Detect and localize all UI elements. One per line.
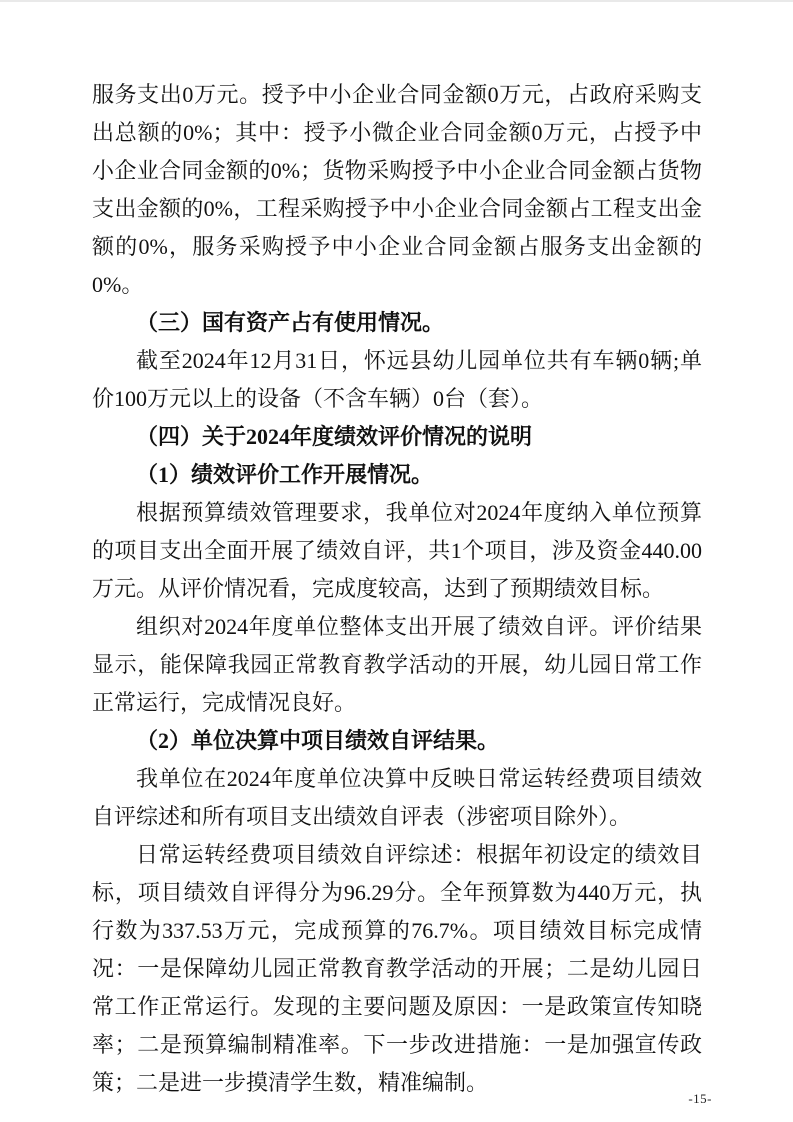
paragraph-self-evaluation-scope: 我单位在2024年度单位决算中反映日常运转经费项目绩效自评综述和所有项目支出绩效… <box>92 760 702 836</box>
paragraph-assets-summary: 截至2024年12月31日，怀远县幼儿园单位共有车辆0辆;单价100万元以上的设… <box>92 342 702 418</box>
heading-performance-evaluation-2024: （四）关于2024年度绩效评价情况的说明 <box>92 418 702 456</box>
heading-evaluation-work-status: （1）绩效评价工作开展情况。 <box>92 456 702 494</box>
paragraph-overall-expenditure-evaluation: 组织对2024年度单位整体支出开展了绩效自评。评价结果显示，能保障我园正常教育教… <box>92 608 702 722</box>
page-edge-divider <box>0 0 793 2</box>
page-number: -15- <box>688 1091 712 1107</box>
document-content: 服务支出0万元。授予中小企业合同金额0万元，占政府采购支出总额的0%；其中：授予… <box>92 76 702 1102</box>
paragraph-project-self-evaluation: 根据预算绩效管理要求，我单位对2024年度纳入单位预算的项目支出全面开展了绩效自… <box>92 494 702 608</box>
paragraph-daily-operation-evaluation-detail: 日常运转经费项目绩效自评综述：根据年初设定的绩效目标，项目绩效自评得分为96.2… <box>92 836 702 1102</box>
paragraph-procurement-continuation: 服务支出0万元。授予中小企业合同金额0万元，占政府采购支出总额的0%；其中：授予… <box>92 76 702 304</box>
document-page: 服务支出0万元。授予中小企业合同金额0万元，占政府采购支出总额的0%；其中：授予… <box>0 0 793 1122</box>
heading-state-assets: （三）国有资产占有使用情况。 <box>92 304 702 342</box>
heading-final-accounts-self-evaluation: （2）单位决算中项目绩效自评结果。 <box>92 722 702 760</box>
